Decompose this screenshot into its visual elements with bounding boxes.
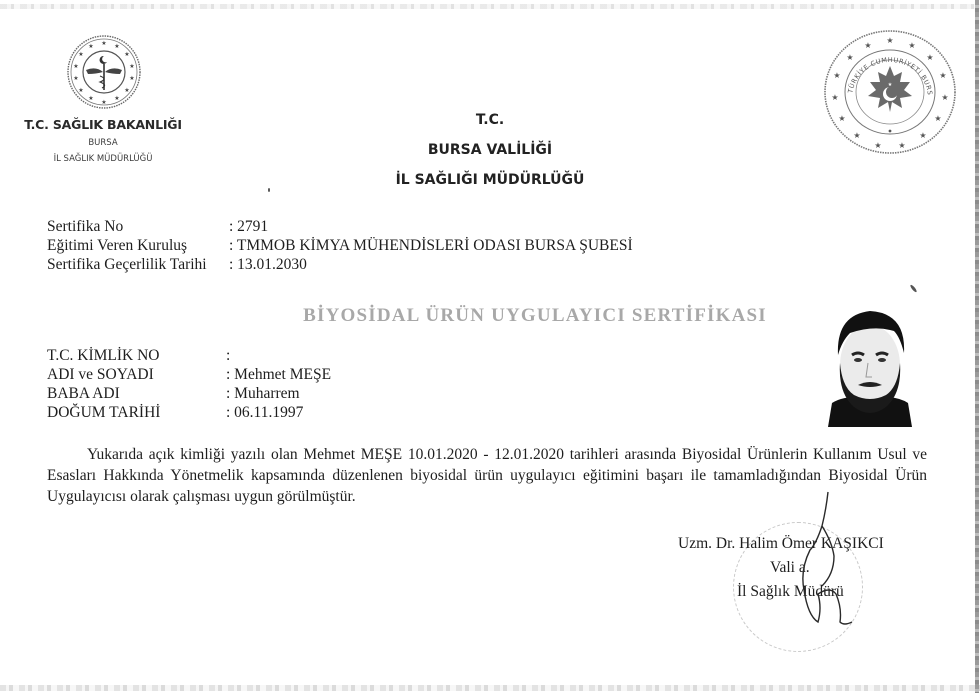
info-value: : Muharrem xyxy=(226,384,300,403)
svg-text:★: ★ xyxy=(78,51,83,58)
svg-text:★: ★ xyxy=(114,43,119,50)
svg-text:★: ★ xyxy=(88,95,93,102)
svg-text:★: ★ xyxy=(864,41,871,50)
info-label: BABA ADI xyxy=(47,384,120,403)
svg-text:★: ★ xyxy=(831,93,838,102)
info-label: Sertifika No xyxy=(47,217,123,236)
svg-text:★: ★ xyxy=(898,141,905,150)
info-label: ADI ve SOYADI xyxy=(47,365,154,384)
svg-text:★: ★ xyxy=(838,114,845,123)
info-value: : 06.11.1997 xyxy=(226,403,303,422)
header-line-governorship: BURSA VALİLİĞİ xyxy=(360,142,620,158)
info-value: : 2791 xyxy=(229,217,268,236)
svg-text:★: ★ xyxy=(926,53,933,62)
info-label: Eğitimi Veren Kuruluş xyxy=(47,236,187,255)
header-line-directorate: İL SAĞLIĞI MÜDÜRLÜĞÜ xyxy=(360,172,620,188)
svg-text:★: ★ xyxy=(124,87,129,94)
info-label: DOĞUM TARİHİ xyxy=(47,403,160,422)
info-label: T.C. KİMLİK NO xyxy=(47,346,160,365)
svg-text:★: ★ xyxy=(846,53,853,62)
scan-speck xyxy=(268,188,270,192)
certificate-title: BİYOSİDAL ÜRÜN UYGULAYICI SERTİFİKASI xyxy=(280,305,790,327)
handwritten-signature-icon xyxy=(760,490,870,640)
svg-text:★: ★ xyxy=(941,93,948,102)
info-label: Sertifika Geçerlilik Tarihi xyxy=(47,255,207,274)
svg-text:★: ★ xyxy=(114,95,119,102)
svg-text:★: ★ xyxy=(853,131,860,140)
ministry-name: T.C. SAĞLIK BAKANLIĞI xyxy=(14,117,192,132)
svg-text:★: ★ xyxy=(73,63,78,70)
info-value: : Mehmet MEŞE xyxy=(226,365,331,384)
scanner-edge-bottom xyxy=(0,685,980,691)
scanner-edge-top xyxy=(0,4,980,9)
holder-photo-icon xyxy=(824,303,916,427)
svg-text:★: ★ xyxy=(101,40,106,47)
svg-text:★: ★ xyxy=(88,43,93,50)
svg-text:★: ★ xyxy=(939,71,946,80)
svg-text:★: ★ xyxy=(129,63,134,70)
header-line-tc: T.C. xyxy=(360,112,620,128)
svg-text:★: ★ xyxy=(874,141,881,150)
svg-text:★: ★ xyxy=(919,131,926,140)
svg-text:★: ★ xyxy=(129,75,134,82)
ministry-of-health-seal-icon: ★★★ ★★★ ★★★ ★★★ ★★ xyxy=(66,34,142,110)
scanner-edge-right xyxy=(975,0,979,693)
svg-text:★: ★ xyxy=(908,41,915,50)
svg-text:★: ★ xyxy=(888,82,893,88)
svg-text:★: ★ xyxy=(124,51,129,58)
svg-text:★: ★ xyxy=(833,71,840,80)
bursa-governorship-seal-icon: ★★★ ★★★ ★★★ ★★★ ★★★ ★ TÜRKİYE CUMHURİYET… xyxy=(822,28,958,156)
ministry-department: İL SAĞLIK MÜDÜRLÜĞÜ xyxy=(14,154,192,164)
info-value: : TMMOB KİMYA MÜHENDİSLERİ ODASI BURSA Ş… xyxy=(229,236,633,255)
svg-text:★: ★ xyxy=(101,99,106,106)
svg-text:★: ★ xyxy=(78,87,83,94)
scan-speck xyxy=(909,284,917,293)
info-value: : 13.01.2030 xyxy=(229,255,307,274)
svg-text:★: ★ xyxy=(73,75,78,82)
info-value: : xyxy=(226,346,230,365)
svg-text:★: ★ xyxy=(934,114,941,123)
ministry-city: BURSA xyxy=(14,138,192,148)
svg-text:★: ★ xyxy=(886,36,893,45)
